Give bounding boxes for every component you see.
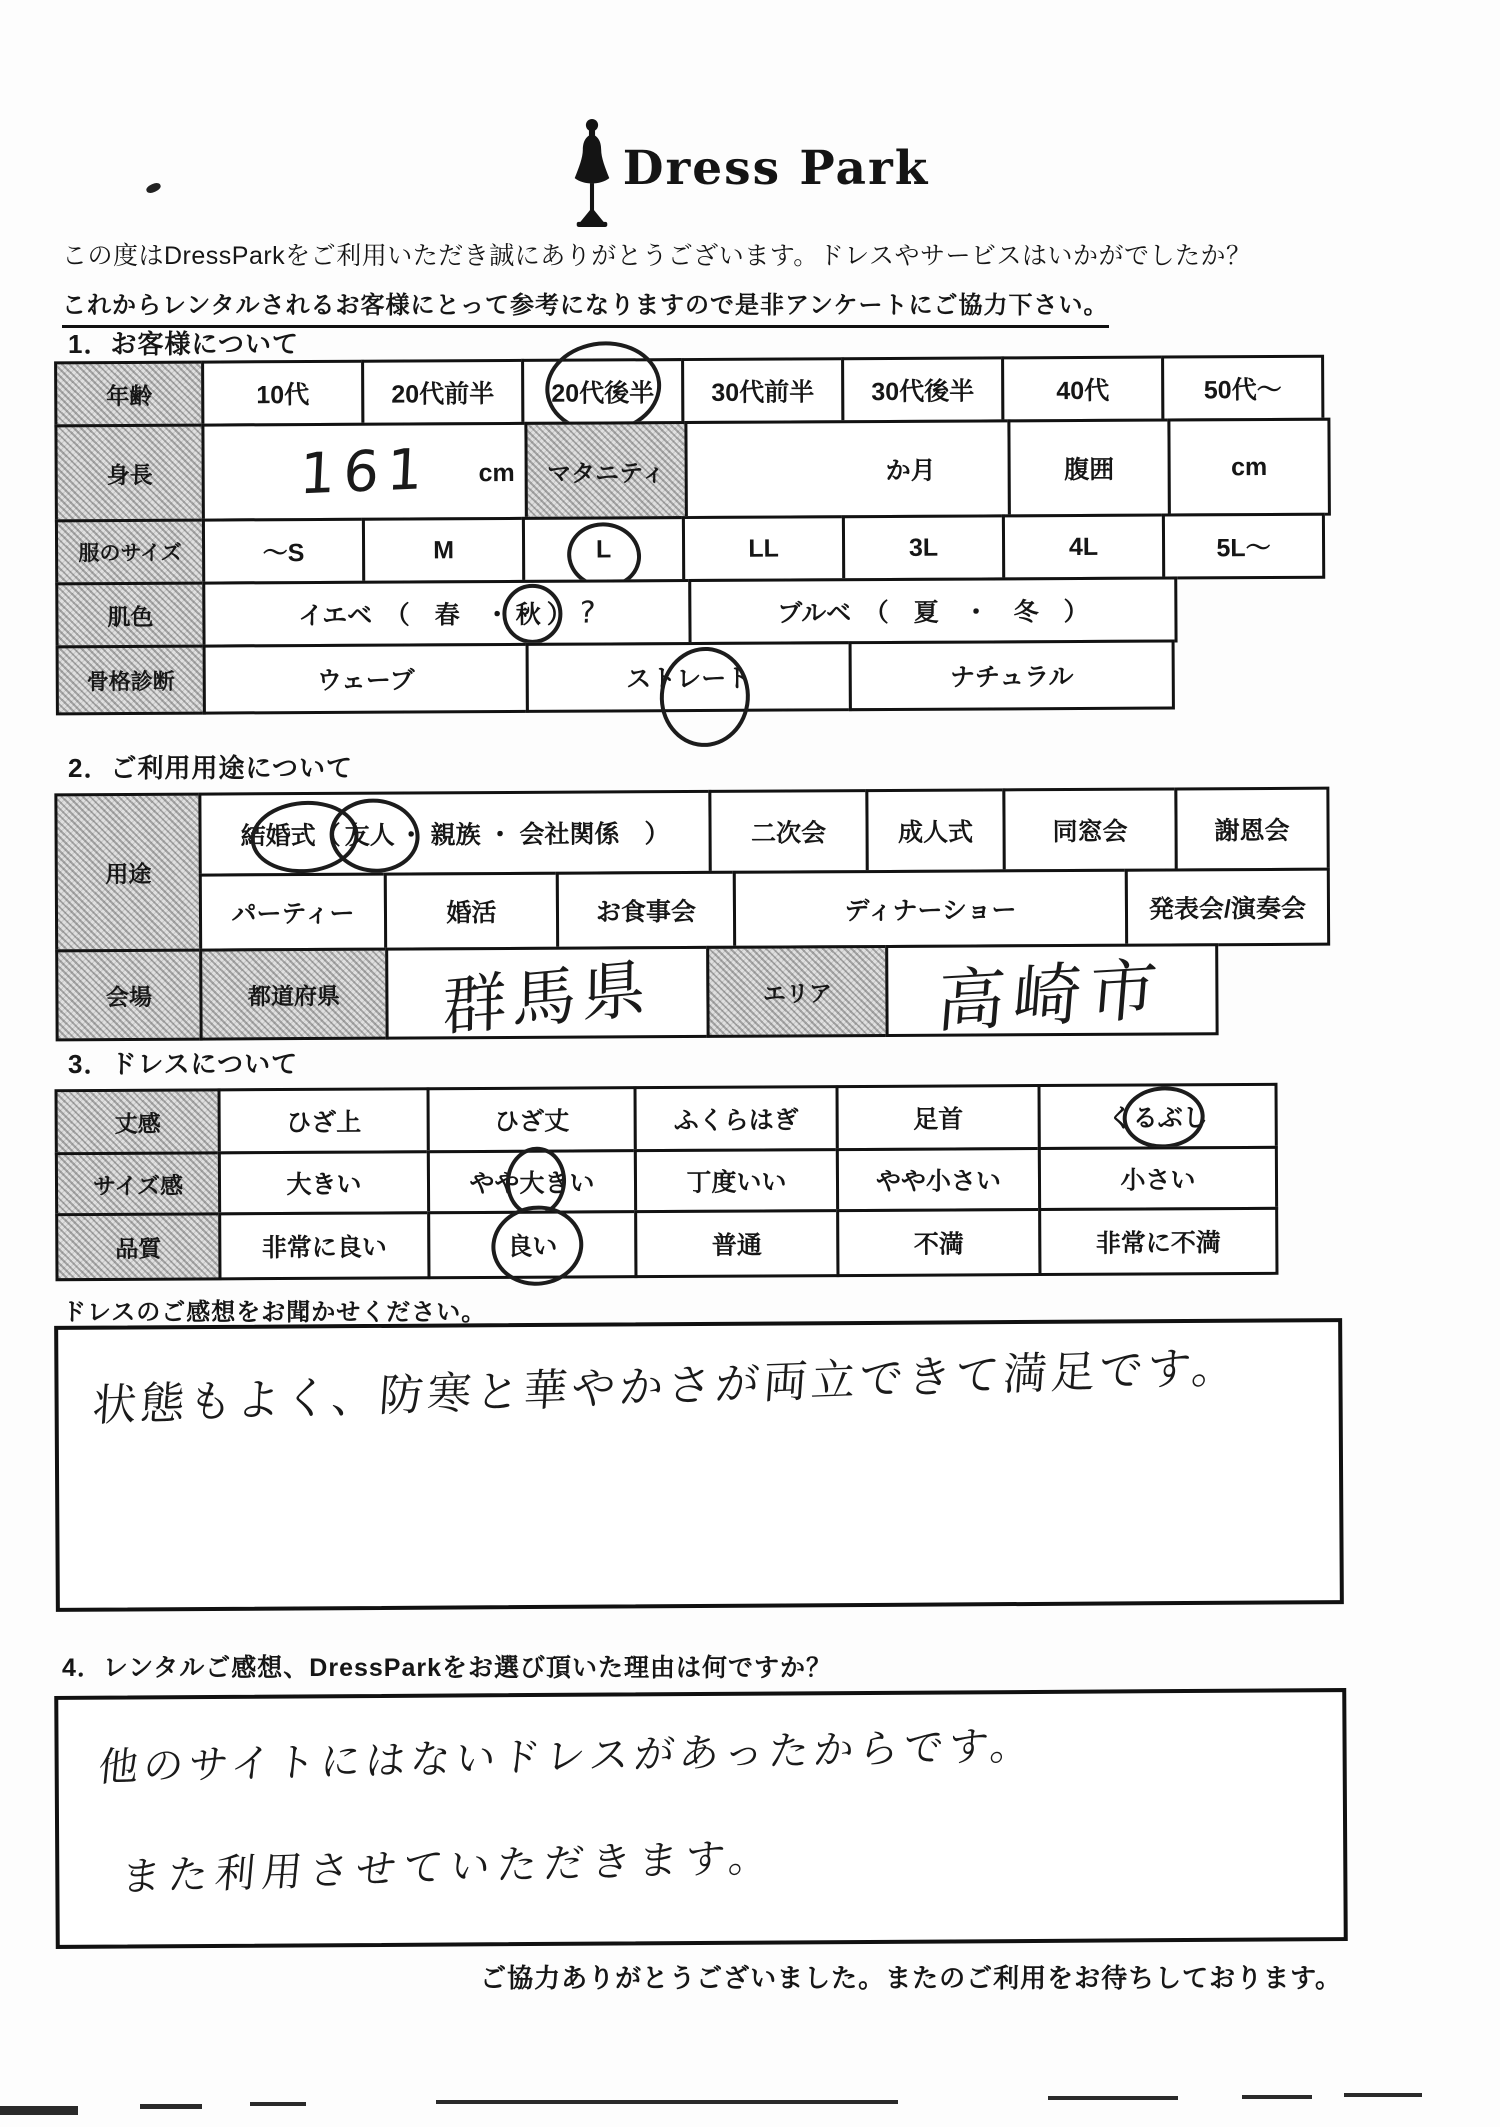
- logo: Dress Park: [0, 118, 1500, 230]
- fit-option: 小さい: [1038, 1146, 1278, 1211]
- age-option-label: 20代後半: [551, 373, 654, 410]
- fit-option-label: 大: [519, 1170, 544, 1198]
- dress-comment-label: ドレスのご感想をお聞かせください。: [62, 1292, 486, 1327]
- age-option: 30代後半: [841, 356, 1004, 423]
- skin-label: 肌色: [55, 582, 205, 649]
- fit-option: やや小さい: [836, 1147, 1041, 1212]
- quality-option-label: 良い: [507, 1233, 557, 1261]
- height-label: 身長: [54, 424, 205, 523]
- customer-info-table: 年齢 10代 20代前半 20代後半 30代前半 30代後半 40代 50代～ …: [54, 355, 1338, 716]
- area-handwritten-value: 高崎市: [934, 935, 1170, 1046]
- usage-option: 二次会: [708, 789, 868, 874]
- empty-filler: [1172, 639, 1335, 710]
- quality-option-selected: 良い: [427, 1210, 637, 1279]
- length-option: ひざ上: [218, 1087, 430, 1154]
- reason-handwritten-line2: また利用させていただきます。: [119, 1825, 779, 1902]
- area-value-cell: 高崎市: [885, 943, 1218, 1037]
- frame-label: 骨格診断: [56, 645, 206, 716]
- area-label: エリア: [706, 945, 888, 1038]
- height-row: 身長 161 cm マタニティ か月 腹囲 cm: [54, 418, 1336, 523]
- usage-block: 用途 結婚式（ 友人 ・ 親族 ・ 会社関係 ） 二次会: [54, 787, 1330, 953]
- dress-mannequin-icon: [571, 118, 613, 230]
- age-option: 30代前半: [681, 357, 844, 424]
- length-option-label: るぶ: [1133, 1104, 1183, 1132]
- wedding-text: 結婚式（: [241, 816, 341, 853]
- skin-tone-row: 肌色 イエベ （ 春 ・ 秋 ） ? ブルベ （ 夏 ・ 冬 ）: [55, 576, 1337, 649]
- quality-option: 不満: [836, 1208, 1041, 1277]
- length-label: 丈感: [55, 1088, 221, 1155]
- quality-option: 非常に不満: [1038, 1207, 1278, 1276]
- usage-option: パーティー: [199, 873, 387, 952]
- size-option: M: [362, 517, 525, 584]
- height-unit: cm: [478, 459, 514, 488]
- venue-row: 会場 都道府県 群馬県 エリア 高崎市: [55, 943, 1330, 1042]
- fit-option: 大きい: [218, 1150, 430, 1215]
- age-option: 10代: [201, 360, 364, 427]
- frame-option: ウェーブ: [203, 643, 529, 715]
- size-label: 服のサイズ: [55, 519, 205, 586]
- usage-option: 成人式: [865, 788, 1005, 873]
- prefecture-label: 都道府県: [199, 948, 388, 1041]
- usage-option: 婚活: [384, 872, 559, 951]
- brand-name: Dress Park: [623, 141, 930, 196]
- frame-row: 骨格診断 ウェーブ ストレート ナチュラル: [56, 639, 1338, 716]
- survey-form-page: Dress Park この度はDressParkをご利用いただき誠にありがとうご…: [0, 0, 1500, 2127]
- skin-season-label: 秋: [516, 601, 541, 629]
- empty-filler: [1174, 576, 1337, 643]
- scan-artifact-line: [1242, 2095, 1312, 2099]
- fit-option: 丁度いい: [634, 1148, 839, 1213]
- quality-option: 非常に良い: [218, 1211, 430, 1280]
- fit-option-selected: やや 大 きい: [427, 1149, 637, 1214]
- frame-option-label: ストレート: [626, 659, 751, 696]
- age-row: 年齢 10代 20代前半 20代後半 30代前半 30代後半 40代 50代～: [54, 355, 1336, 428]
- skin-blue-option: ブルベ （ 夏 ・ 冬 ）: [688, 576, 1177, 645]
- section2-heading: 2．ご利用用途について: [68, 748, 353, 785]
- reason-answer-box: 他のサイトにはないドレスがあったからです。 また利用させていただきます。: [54, 1688, 1348, 1949]
- quality-row: 品質 非常に良い 良い 普通 不満 非常に不満: [55, 1207, 1278, 1281]
- quality-label: 品質: [55, 1212, 221, 1281]
- maternity-months-cell: か月: [684, 419, 1011, 519]
- fit-option-label: やや: [469, 1164, 519, 1200]
- intro-line2: これからレンタルされるお客様にとって参考になりますので是非アンケートにご協力下さ…: [62, 285, 1109, 328]
- venue-label: 会場: [55, 949, 202, 1042]
- usage-option: ディナーショー: [733, 869, 1128, 949]
- reason-handwritten-line1: 他のサイトにはないドレスがあったからです。: [96, 1714, 1038, 1793]
- height-value-cell: 161 cm: [201, 422, 528, 522]
- scan-artifact-line: [436, 2100, 898, 2104]
- prefecture-handwritten-value: 群馬県: [442, 937, 652, 1049]
- fit-circled-part: 大: [519, 1164, 544, 1200]
- wedding-guest-label: 友人: [345, 822, 395, 850]
- usage-option: 謝恩会: [1174, 787, 1329, 872]
- waist-label: 腹囲: [1007, 419, 1171, 518]
- age-option-selected: 20代後半: [521, 358, 684, 425]
- scan-artifact-line: [1048, 2096, 1178, 2100]
- size-option: LL: [682, 515, 845, 582]
- age-option: 20代前半: [361, 359, 524, 426]
- age-option: 40代: [1001, 356, 1164, 423]
- age-label: 年齢: [54, 361, 204, 428]
- fit-option-label: きい: [544, 1163, 594, 1199]
- footer-thanks: ご協力ありがとうございました。またのご利用をお待ちしております。: [480, 1958, 1342, 1995]
- intro-line1: この度はDressParkをご利用いただき誠にありがとうございます。ドレスやサー…: [62, 236, 1251, 272]
- scan-artifact-line: [250, 2102, 306, 2106]
- length-option-selected: く るぶ し: [1037, 1083, 1277, 1150]
- section1-heading: 1．お客様について: [68, 324, 299, 361]
- dress-comment-handwritten: 状態もよく、防寒と華やかさが両立できて満足です。: [91, 1331, 1242, 1434]
- length-option-label: く: [1108, 1099, 1133, 1135]
- usage-row-1: 結婚式（ 友人 ・ 親族 ・ 会社関係 ） 二次会 成人式 同窓会 謝恩会: [198, 787, 1329, 877]
- usage-option: 発表会/演奏会: [1125, 868, 1330, 947]
- skin-yellow-text: イエベ （ 春 ・: [298, 595, 510, 632]
- length-option: ひざ丈: [427, 1086, 637, 1153]
- usage-option: 同窓会: [1002, 787, 1177, 872]
- size-option: 4L: [1002, 514, 1165, 581]
- size-option-selected: L: [522, 516, 685, 583]
- length-row: 丈感 ひざ上 ひざ丈 ふくらはぎ 足首 く るぶ し: [55, 1083, 1278, 1155]
- intro-text: この度はDressParkをご利用いただき誠にありがとうございます。ドレスやサー…: [62, 236, 1251, 328]
- skin-yellow-text: ）: [547, 595, 572, 631]
- wedding-guest-selected: 友人: [345, 816, 395, 852]
- quality-circled-part: 良い: [507, 1227, 557, 1263]
- wedding-text: ・ 親族 ・ 会社関係 ）: [399, 814, 670, 851]
- prefecture-value-cell: 群馬県: [385, 946, 709, 1040]
- length-option-label: し: [1183, 1098, 1208, 1134]
- maternity-label: マタニティ: [524, 421, 688, 520]
- skin-season-selected: 秋: [516, 595, 541, 631]
- size-option: 3L: [842, 514, 1005, 581]
- scan-artifact-line: [140, 2104, 202, 2109]
- skin-yellow-option: イエベ （ 春 ・ 秋 ） ?: [202, 579, 691, 648]
- usage-label: 用途: [54, 793, 202, 953]
- handwritten-question-mark: ?: [579, 595, 597, 631]
- height-handwritten-value: 161: [298, 437, 432, 507]
- wedding-label: 結婚式（: [241, 822, 341, 851]
- section3-heading: 3．ドレスについて: [68, 1044, 298, 1081]
- age-option: 50代～: [1161, 355, 1324, 422]
- usage-table: 用途 結婚式（ 友人 ・ 親族 ・ 会社関係 ） 二次会: [54, 787, 1330, 1042]
- length-option: ふくらはぎ: [633, 1085, 838, 1152]
- size-option-label: L: [596, 535, 611, 564]
- dress-comment-box: 状態もよく、防寒と華やかさが両立できて満足です。: [54, 1318, 1344, 1612]
- length-circled-part: るぶ: [1133, 1098, 1183, 1134]
- size-option: 5L～: [1162, 513, 1325, 580]
- section4-heading: 4．レンタルご感想、DressParkをお選び頂いた理由は何ですか？: [62, 1648, 832, 1684]
- size-option: ～S: [202, 518, 365, 585]
- scan-artifact-line: [1344, 2093, 1422, 2097]
- usage-option-wedding-selected: 結婚式（ 友人 ・ 親族 ・ 会社関係 ）: [198, 790, 711, 877]
- size-row: 服のサイズ ～S M L LL 3L 4L 5L～: [55, 513, 1337, 586]
- frame-option-selected: ストレート: [526, 641, 852, 713]
- quality-option: 普通: [634, 1209, 839, 1278]
- dress-table: 丈感 ひざ上 ひざ丈 ふくらはぎ 足首 く るぶ し サイズ感 大きい やや 大: [55, 1083, 1279, 1281]
- scan-artifact-line: [0, 2106, 78, 2115]
- frame-option: ナチュラル: [849, 639, 1175, 711]
- length-option: 足首: [835, 1084, 1040, 1151]
- waist-unit: cm: [1167, 418, 1331, 517]
- fit-label: サイズ感: [55, 1151, 221, 1216]
- usage-options: 結婚式（ 友人 ・ 親族 ・ 会社関係 ） 二次会 成人式 同窓会 謝恩会: [198, 787, 1330, 952]
- fit-row: サイズ感 大きい やや 大 きい 丁度いい やや小さい 小さい: [55, 1146, 1278, 1216]
